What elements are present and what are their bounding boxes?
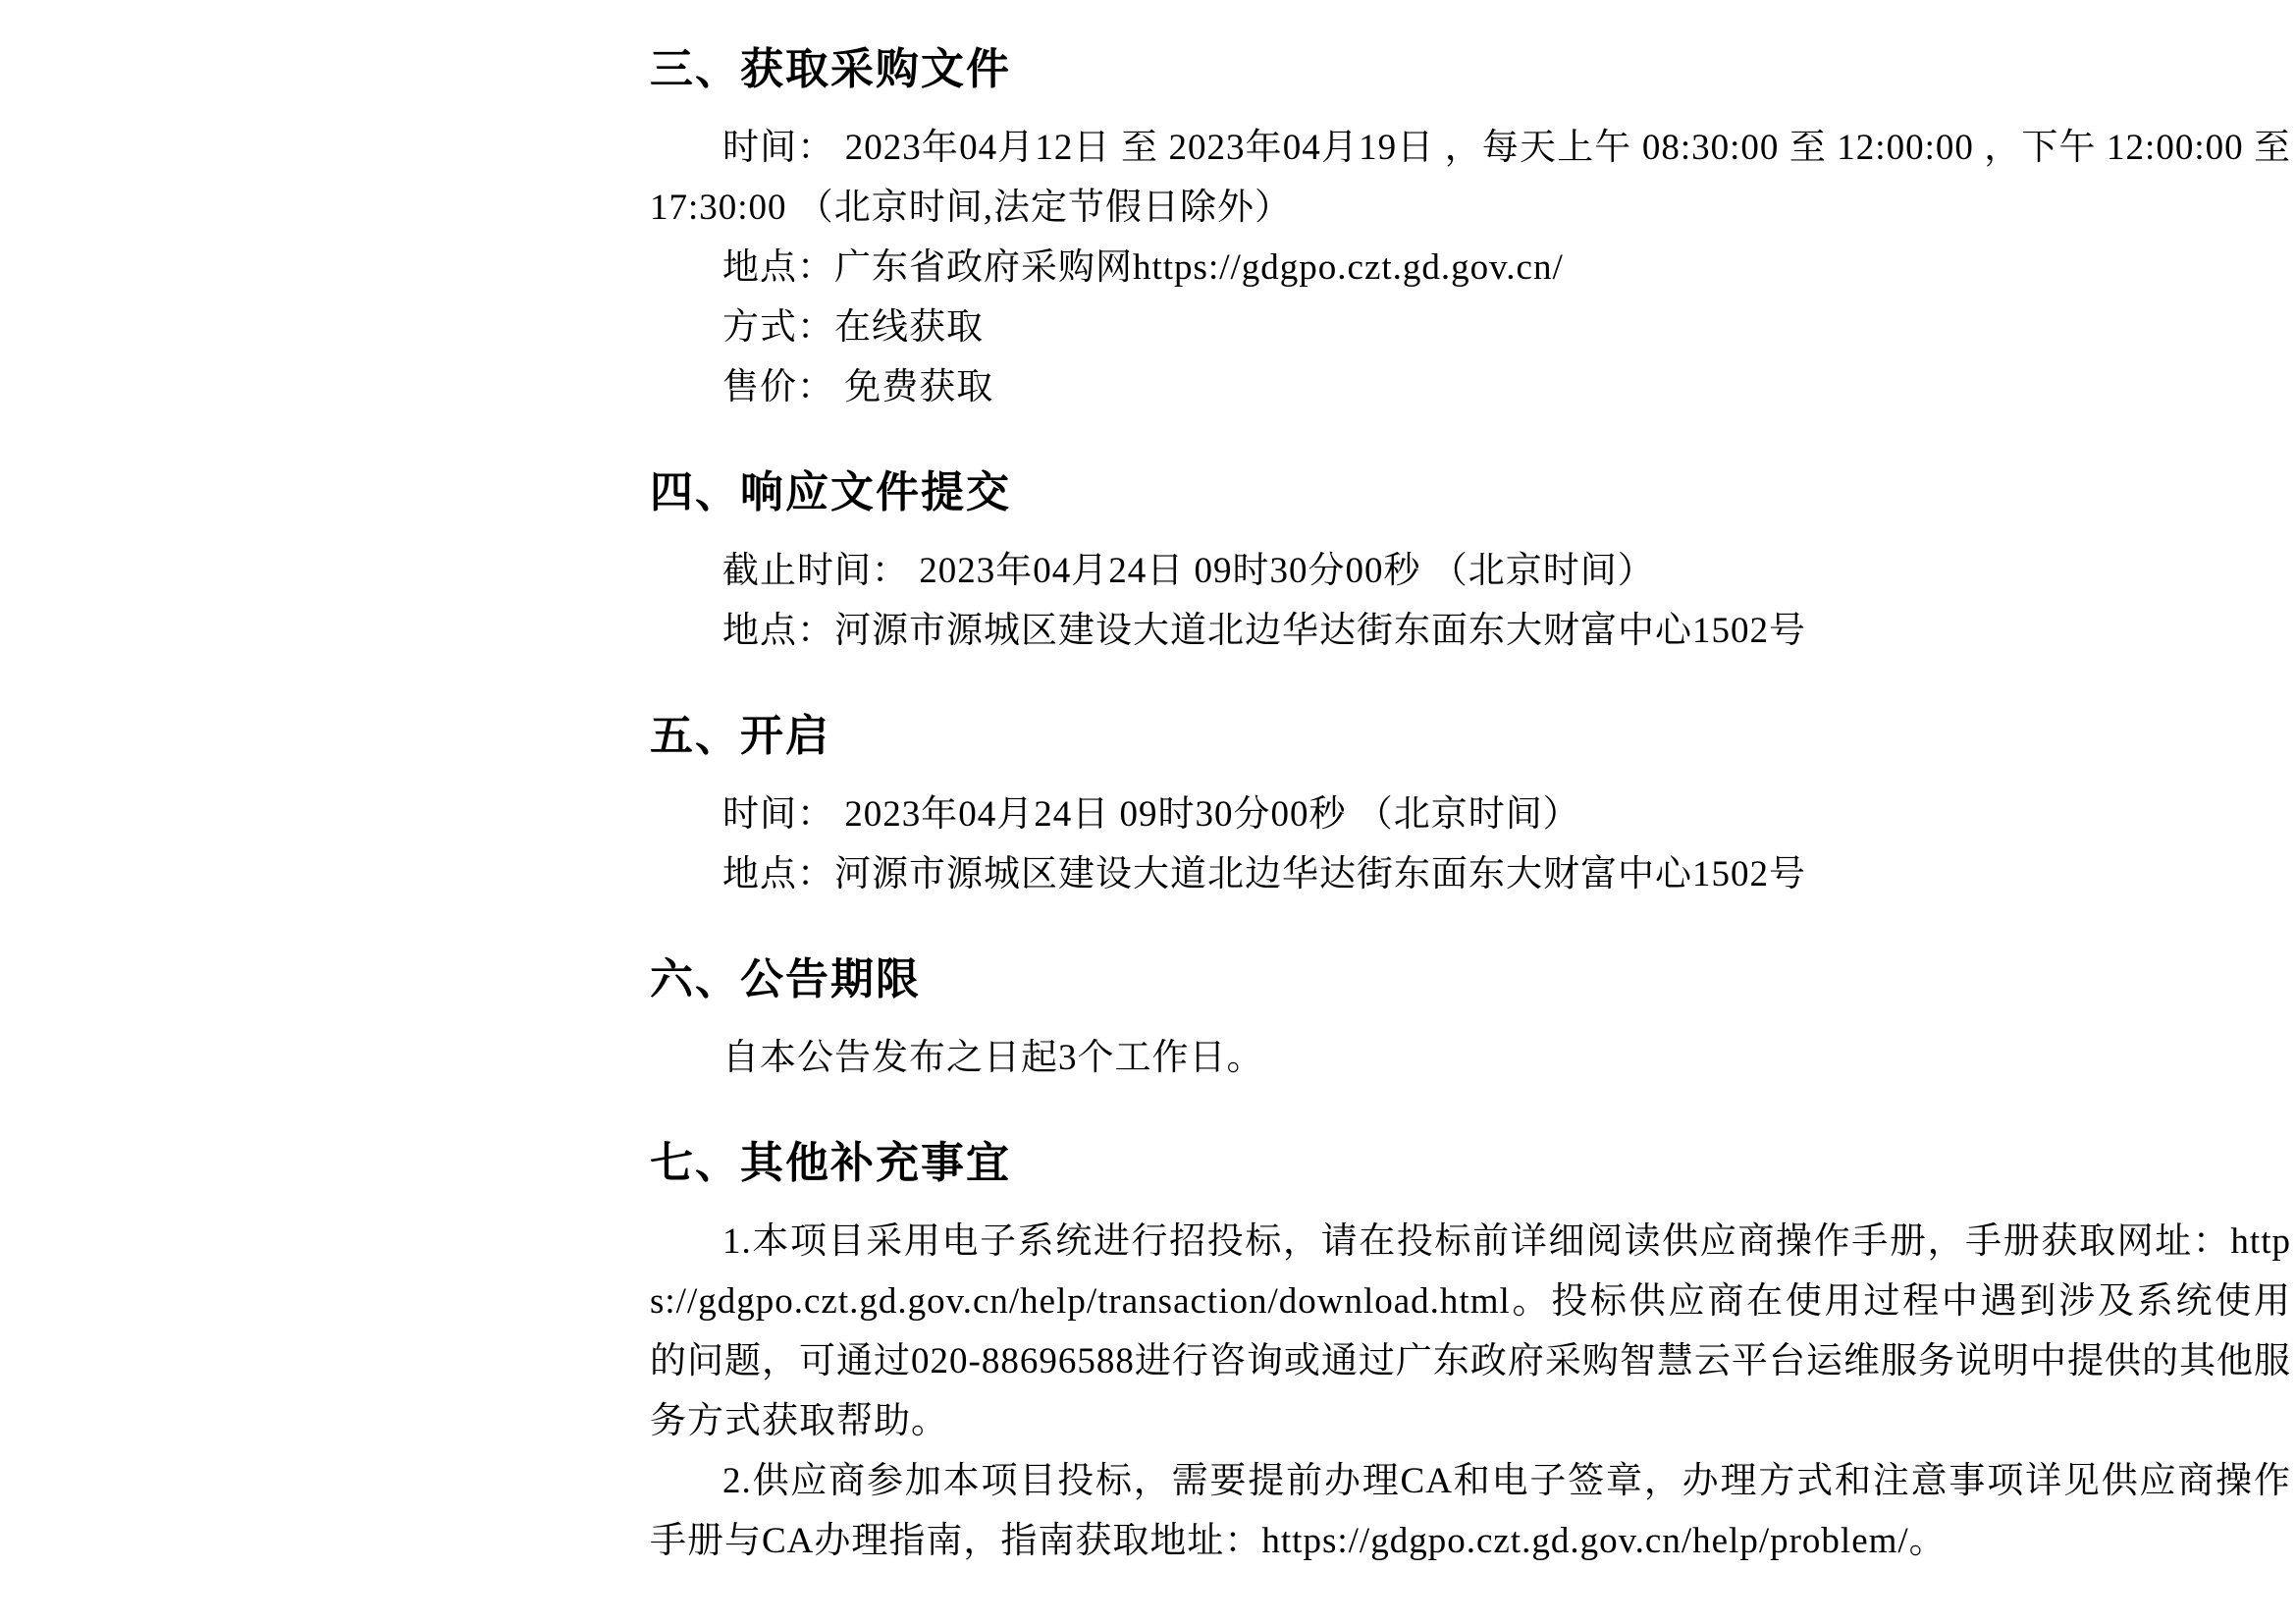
- paragraph-period: 自本公告发布之日起3个工作日。: [650, 1028, 2291, 1088]
- section-announcement-period: 六、公告期限 自本公告发布之日起3个工作日。: [650, 947, 2291, 1088]
- paragraph-method: 方式：在线获取: [650, 298, 2291, 357]
- section-heading: 四、响应文件提交: [650, 460, 2291, 525]
- section-heading: 六、公告期限: [650, 947, 2291, 1012]
- section-heading: 五、开启: [650, 704, 2291, 769]
- section-response-submission: 四、响应文件提交 截止时间： 2023年04月24日 09时30分00秒 （北京…: [650, 460, 2291, 661]
- section-heading: 三、获取采购文件: [650, 37, 2291, 102]
- document-page: 三、获取采购文件 时间： 2023年04月12日 至 2023年04月19日 ，…: [0, 0, 2296, 1624]
- paragraph-location: 地点：河源市源城区建设大道北边华达街东面东大财富中心1502号: [650, 601, 2291, 661]
- paragraph-item-1: 1.本项目采用电子系统进行招投标，请在投标前详细阅读供应商操作手册，手册获取网址…: [650, 1212, 2291, 1451]
- section-other-matters: 七、其他补充事宜 1.本项目采用电子系统进行招投标，请在投标前详细阅读供应商操作…: [650, 1131, 2291, 1571]
- section-obtain-documents: 三、获取采购文件 时间： 2023年04月12日 至 2023年04月19日 ，…: [650, 37, 2291, 417]
- paragraph-time: 时间： 2023年04月12日 至 2023年04月19日 ，每天上午 08:3…: [650, 118, 2291, 238]
- paragraph-location: 地点：广东省政府采购网https://gdgpo.czt.gd.gov.cn/: [650, 238, 2291, 298]
- section-opening: 五、开启 时间： 2023年04月24日 09时30分00秒 （北京时间） 地点…: [650, 704, 2291, 904]
- paragraph-location: 地点：河源市源城区建设大道北边华达街东面东大财富中心1502号: [650, 844, 2291, 904]
- document-content: 三、获取采购文件 时间： 2023年04月12日 至 2023年04月19日 ，…: [650, 37, 2291, 1571]
- paragraph-item-2: 2.供应商参加本项目投标，需要提前办理CA和电子签章，办理方式和注意事项详见供应…: [650, 1451, 2291, 1571]
- paragraph-deadline: 截止时间： 2023年04月24日 09时30分00秒 （北京时间）: [650, 541, 2291, 601]
- section-heading: 七、其他补充事宜: [650, 1131, 2291, 1196]
- paragraph-time: 时间： 2023年04月24日 09时30分00秒 （北京时间）: [650, 785, 2291, 844]
- paragraph-price: 售价： 免费获取: [650, 357, 2291, 417]
